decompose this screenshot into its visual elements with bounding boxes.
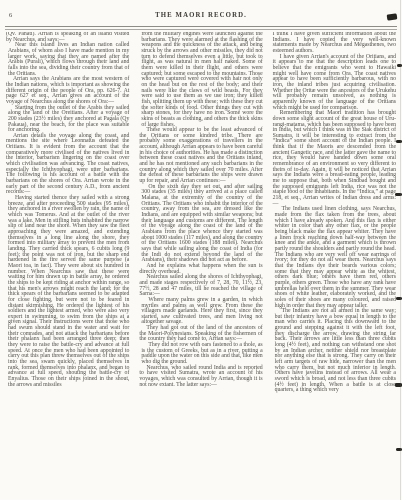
scan-artifact bbox=[387, 13, 398, 20]
paragraph: I have given Arrian's account of the Ori… bbox=[273, 55, 396, 112]
header-rule bbox=[5, 26, 397, 30]
quote-paragraph: Having started thence they sailed with a… bbox=[6, 196, 129, 388]
column-right: I think I have given sufficient informat… bbox=[273, 32, 396, 497]
paragraph: Remembering that Maori tradition has bro… bbox=[273, 111, 396, 207]
paragraph: Nearchus sailed along the shores of Icht… bbox=[139, 275, 262, 298]
column-left: (Qv. Panati). Arrian is speaking of an i… bbox=[6, 32, 129, 497]
quote-paragraph: They did not row with oars fastened to a… bbox=[139, 343, 262, 366]
document-page: 6 THE MAORI RECORD. (Qv. Panati). Arrian… bbox=[0, 0, 402, 500]
page-title: THE MAORI RECORD. bbox=[0, 12, 402, 19]
paragraph: Arrian says the Arabians are the most we… bbox=[6, 77, 129, 105]
quote-paragraph: Starting from the outlet of the Arabis t… bbox=[6, 106, 129, 134]
paragraph: Arrian details the voyage along the coas… bbox=[6, 134, 129, 196]
quote-paragraph: Where many palms grew in a garden, in wh… bbox=[139, 298, 262, 326]
quote-paragraph: Near this island lives an Indian nation … bbox=[6, 43, 129, 77]
scan-artifact bbox=[396, 448, 402, 451]
scan-artifact bbox=[396, 140, 402, 143]
column-middle: from the military engines were launched … bbox=[139, 32, 262, 497]
paragraph: I think I have given sufficient informat… bbox=[273, 32, 396, 55]
text-columns: (Qv. Panati). Arrian is speaking of an i… bbox=[6, 32, 396, 497]
scan-artifact bbox=[396, 297, 402, 300]
paragraph: Nearchus, who sailed round India and is … bbox=[139, 366, 262, 389]
quote-paragraph: from the military engines were launched … bbox=[139, 32, 262, 128]
paragraph: They had got out of the land of the ance… bbox=[139, 326, 262, 343]
quote-paragraph: The Indians are not all armed in the sam… bbox=[273, 309, 396, 394]
quote-paragraph: The Indians used linen clothing, says Ne… bbox=[273, 207, 396, 309]
page-edge-line bbox=[400, 0, 401, 500]
quote-paragraph: On the sixth day they set out, and after… bbox=[139, 185, 262, 264]
paragraph: These would appear to be the least advan… bbox=[139, 128, 262, 185]
